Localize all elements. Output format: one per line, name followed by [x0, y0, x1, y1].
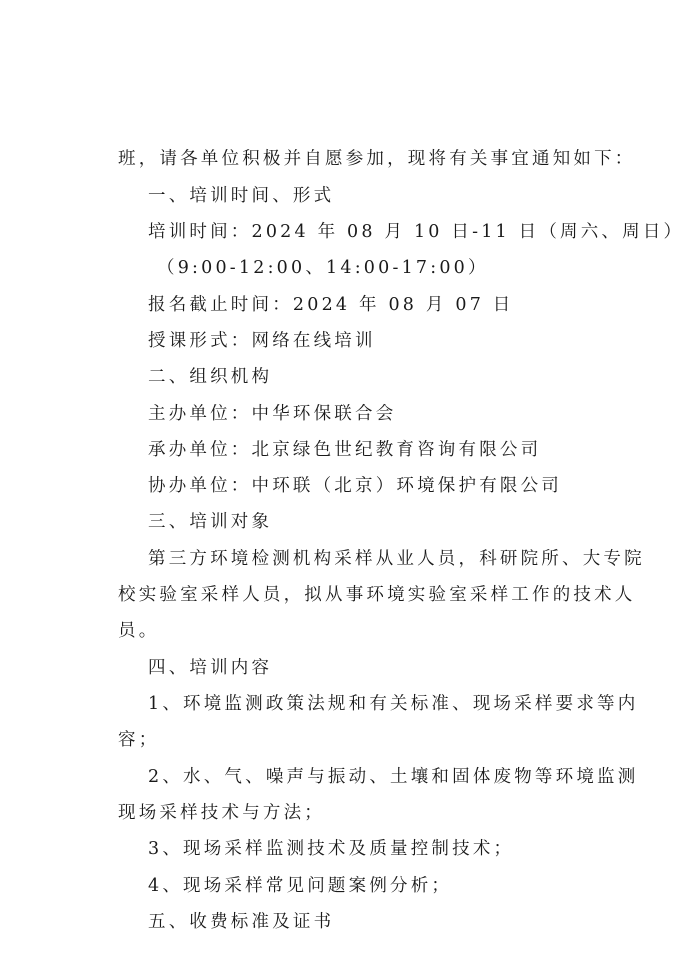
registration-deadline: 报名截止时间：2024 年 08 月 07 日: [148, 295, 514, 315]
content-item-2: 2、水、气、噪声与振动、土壤和固体废物等环境监测: [148, 767, 638, 787]
intro-line: 班，请各单位积极并自愿参加，现将有关事宜通知如下：: [118, 149, 636, 169]
co-organizer: 协办单位：中环联（北京）环境保护有限公司: [148, 476, 562, 496]
content-item-1-cont: 容；: [118, 730, 159, 750]
section-heading-2: 二、组织机构: [148, 367, 272, 387]
document-page: 班，请各单位积极并自愿参加，现将有关事宜通知如下： 一、培训时间、形式 培训时间…: [0, 0, 700, 958]
target-audience-line-2: 校实验室采样人员，拟从事环境实验室采样工作的技术人: [118, 585, 636, 605]
training-time: 培训时间：2024 年 08 月 10 日-11 日（周六、周日）: [148, 222, 684, 242]
section-heading-3: 三、培训对象: [148, 512, 272, 532]
teaching-format: 授课形式：网络在线培训: [148, 331, 376, 351]
content-item-3: 3、现场采样监测技术及质量控制技术；: [148, 839, 514, 859]
content-item-2-cont: 现场采样技术与方法；: [118, 803, 325, 823]
target-audience-line-3: 员。: [118, 621, 159, 641]
section-heading-5: 五、收费标准及证书: [148, 912, 334, 932]
content-item-1: 1、环境监测政策法规和有关标准、现场采样要求等内: [148, 694, 638, 714]
training-hours: （9:00-12:00、14:00-17:00）: [157, 258, 489, 278]
section-heading-1: 一、培训时间、形式: [148, 186, 334, 206]
organizer: 承办单位：北京绿色世纪教育咨询有限公司: [148, 440, 541, 460]
content-item-4: 4、现场采样常见问题案例分析；: [148, 876, 452, 896]
target-audience-line-1: 第三方环境检测机构采样从业人员，科研院所、大专院: [148, 549, 645, 569]
host-organization: 主办单位：中华环保联合会: [148, 404, 396, 424]
section-heading-4: 四、培训内容: [148, 658, 272, 678]
